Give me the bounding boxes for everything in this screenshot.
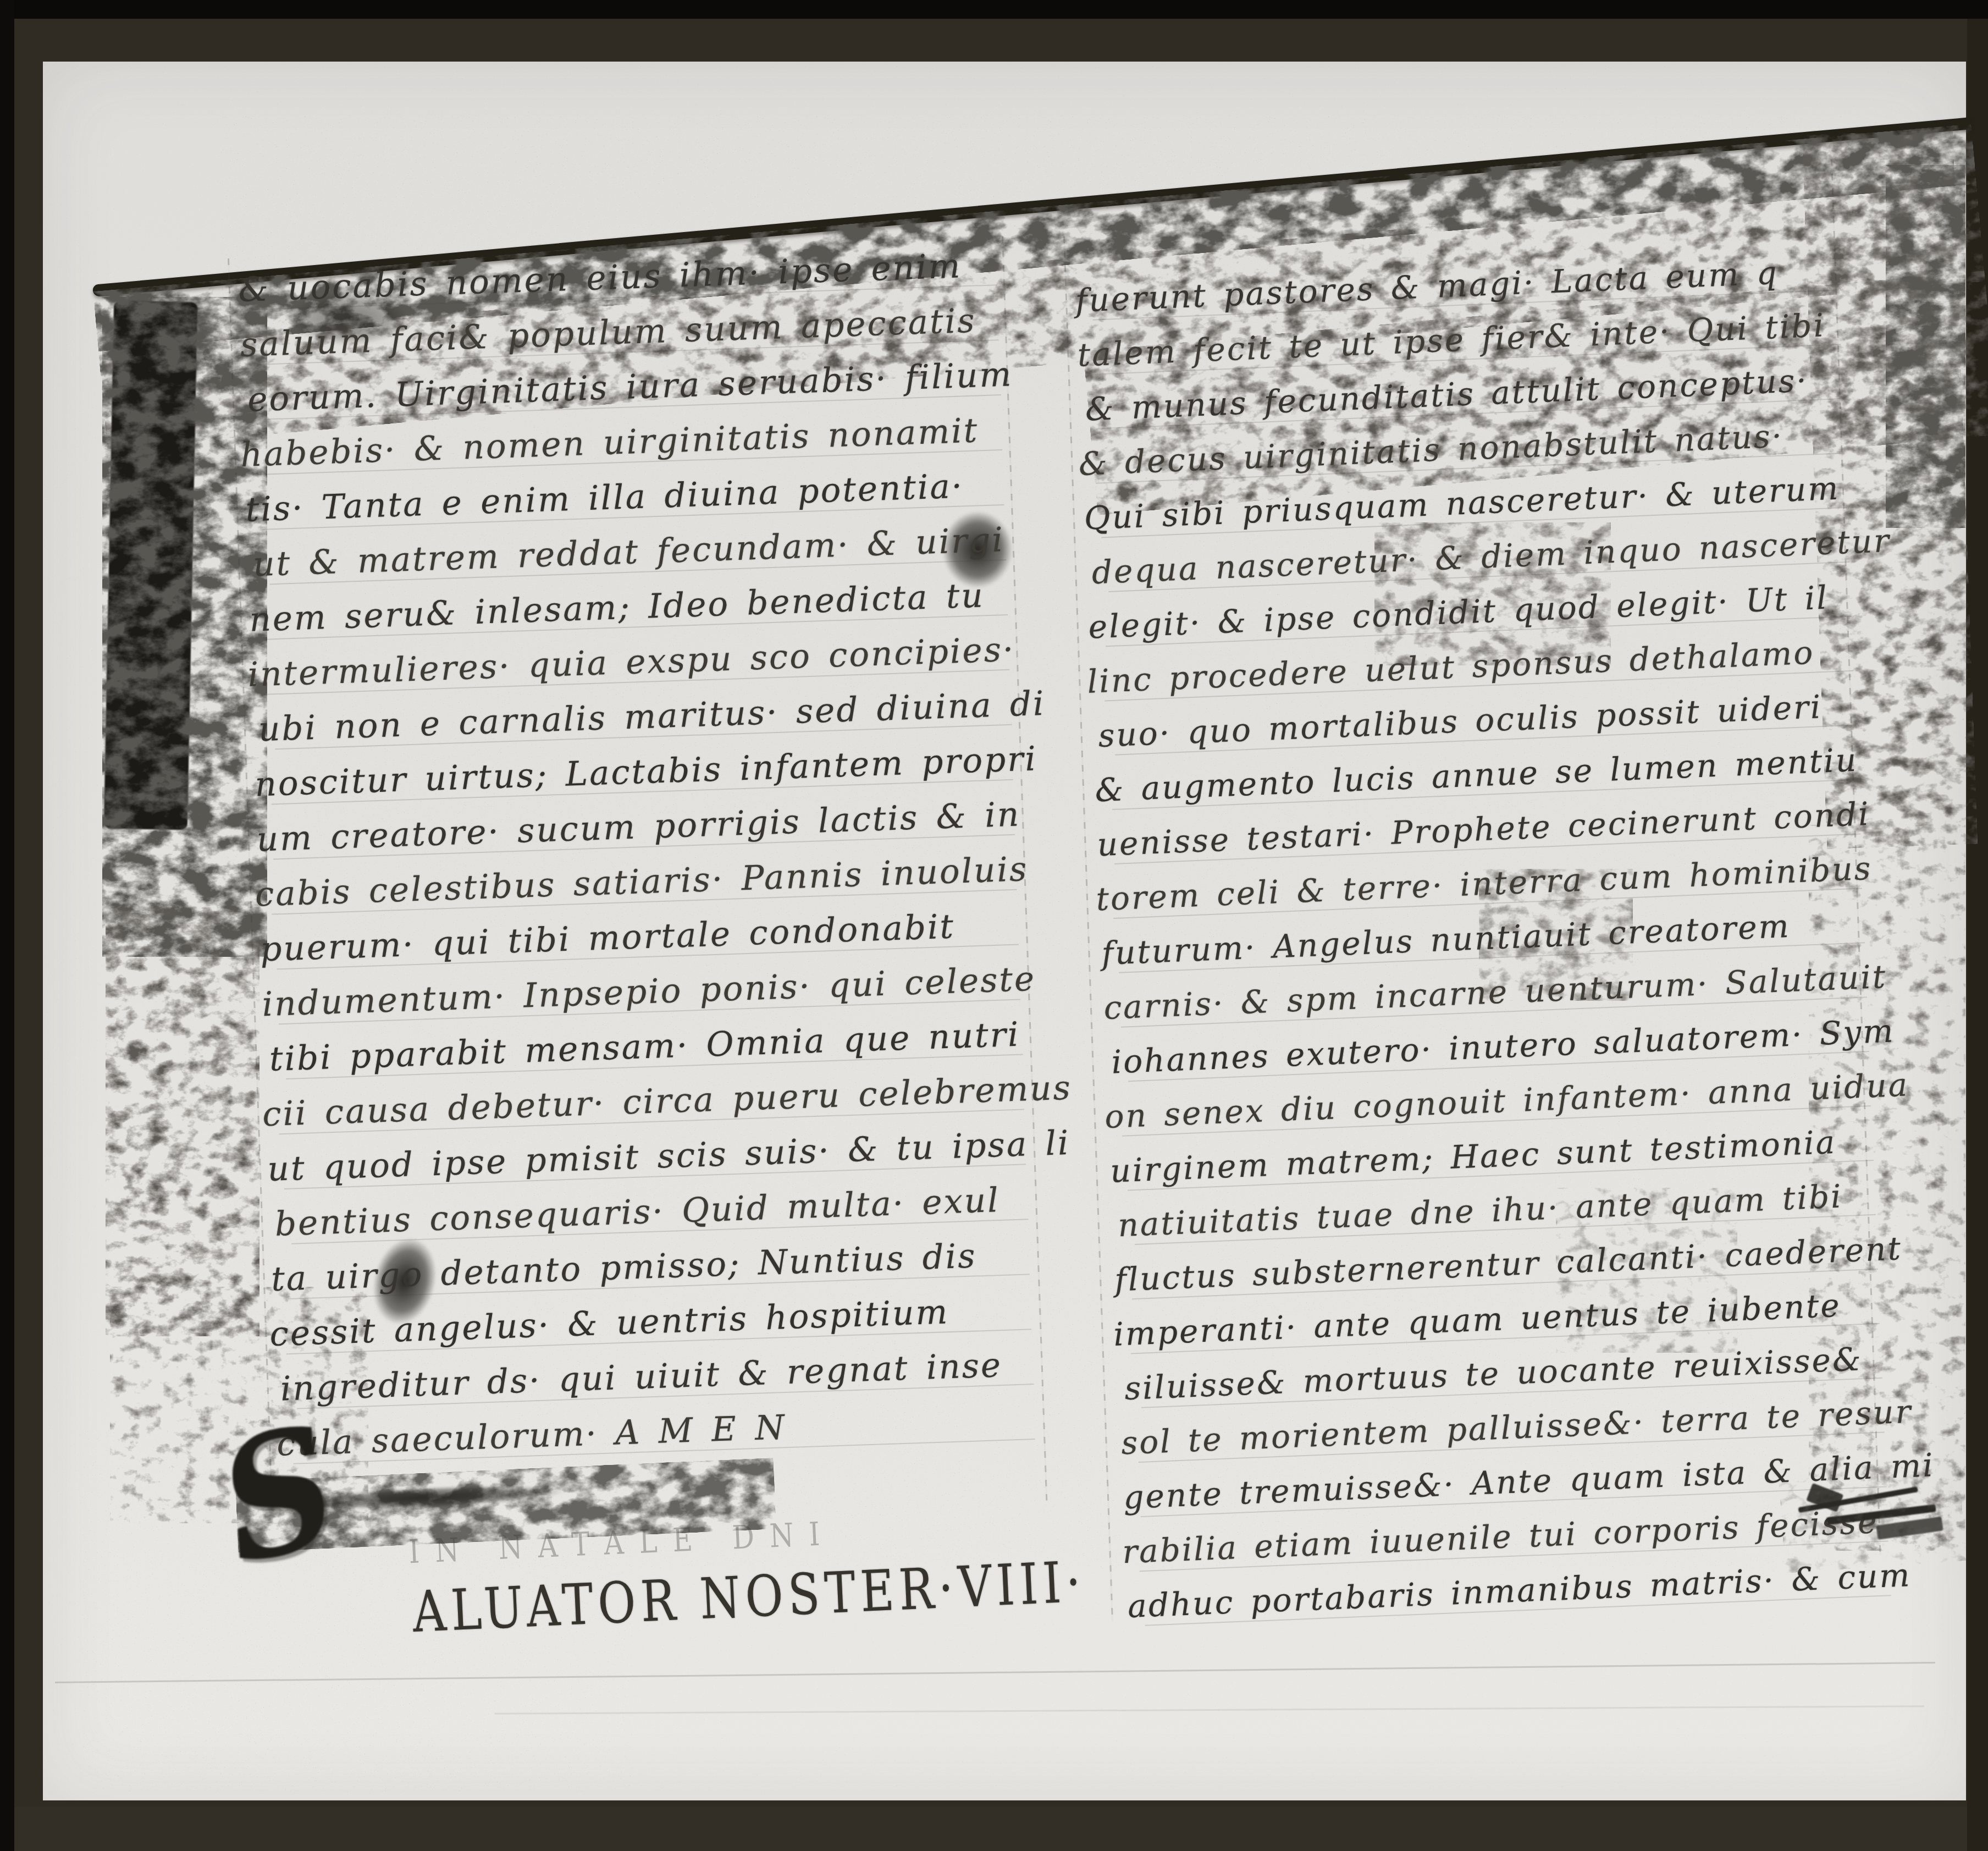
surround-top [0, 0, 1988, 19]
text-column-right: fuerunt pastores & magi· Lacta eum q tal… [1074, 241, 1940, 1634]
margin-annotation-smudge [1791, 1474, 1961, 1562]
left-toner-solid [104, 301, 197, 830]
surround-left [0, 0, 14, 1851]
surround-bottom [0, 1807, 1988, 1851]
manuscript-photocopy: & uocabis nomen eius ihm· ipse enim salu… [0, 0, 1988, 1851]
text-column-left: & uocabis nomen eius ihm· ipse enim salu… [238, 236, 1084, 1472]
